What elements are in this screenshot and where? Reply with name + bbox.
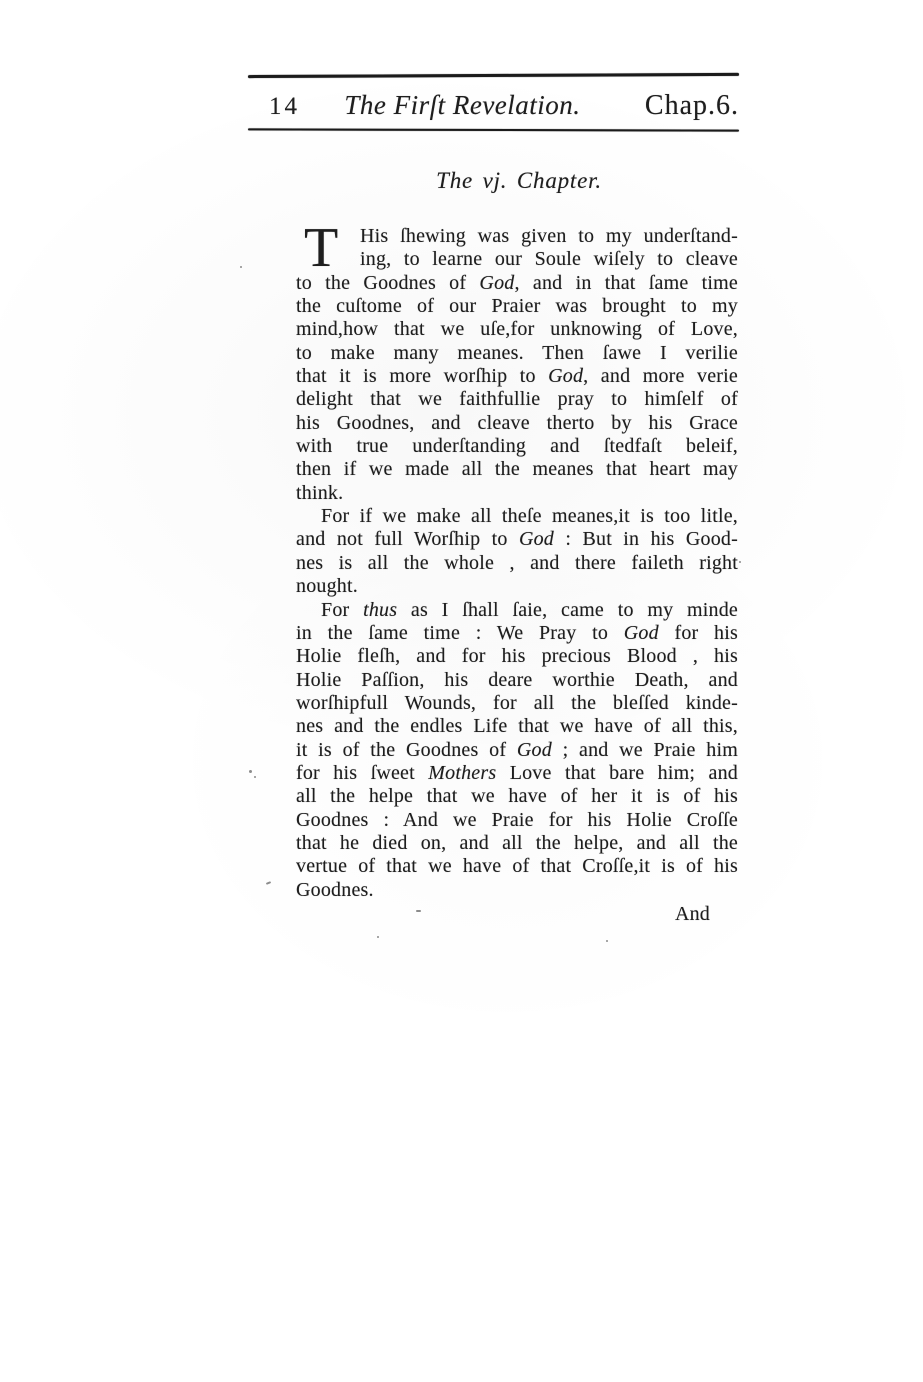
scanned-book-page: 14 The Firſt Revelation. Chap.6. The vj.… <box>0 0 923 1382</box>
text-line: that it is more worſhip to God, and more… <box>296 365 738 388</box>
catchword: And <box>296 902 738 926</box>
scan-speck <box>240 266 242 268</box>
text-line: nes is all the whole , and there faileth… <box>296 552 738 575</box>
scan-speck <box>416 910 421 912</box>
running-title: The Firſt Revelation. <box>290 90 635 121</box>
text-line: for his ſweet Mothers Love that bare him… <box>296 762 738 785</box>
scan-speck <box>377 936 379 938</box>
scan-speck <box>739 561 741 563</box>
text-line: His ſhewing was given to my underſtand- <box>360 225 738 248</box>
scan-speck <box>606 940 608 942</box>
text-line: For if we make all theſe meanes,it is to… <box>296 505 738 528</box>
chapter-heading: The vj. Chapter. <box>300 168 738 194</box>
chapter-number-label: Chap.6. <box>645 90 739 122</box>
text-line: it is of the Goodnes of God ; and we Pra… <box>296 739 738 762</box>
text-line: For thus as I ſhall ſaie, came to my min… <box>296 599 738 622</box>
text-line: Goodnes. <box>296 879 738 902</box>
text-line: ing, to learne our Soule wiſely to cleav… <box>360 248 738 271</box>
paragraph: For if we make all theſe meanes,it is to… <box>296 505 738 598</box>
header-rule-bottom <box>248 128 739 131</box>
paragraphs: His ſhewing was given to my underſtand-i… <box>296 225 738 902</box>
text-line: his Goodnes, and cleave therto by his Gr… <box>296 412 738 435</box>
scan-speck <box>249 770 252 773</box>
text-line: to make many meanes. Then ſawe I verilie <box>296 342 738 365</box>
text-line: Holie Paſſion, his deare worthie Death, … <box>296 669 738 692</box>
text-line: and not full Worſhip to God : But in his… <box>296 528 738 551</box>
running-header: 14 The Firſt Revelation. Chap.6. <box>248 84 739 126</box>
paragraph: For thus as I ſhall ſaie, came to my min… <box>296 599 738 902</box>
text-line: worſhipfull Wounds, for all the bleſſed … <box>296 692 738 715</box>
text-line: think. <box>296 482 738 505</box>
text-block: His ſhewing was given to my underſtand-i… <box>296 225 738 926</box>
header-rule-top <box>248 73 739 78</box>
scan-speck <box>254 776 256 778</box>
dropcap-initial: T <box>304 225 338 271</box>
text-line: nought. <box>296 575 738 598</box>
text-line: to the Goodnes of God, and in that ſame … <box>296 272 738 295</box>
text-line: delight that we faithfullie pray to himſ… <box>296 388 738 411</box>
text-line: then if we made all the meanes that hear… <box>296 458 738 481</box>
text-line: in the ſame time : We Pray to God for hi… <box>296 622 738 645</box>
text-line: all the helpe that we have of her it is … <box>296 785 738 808</box>
text-line: with true underſtanding and ſtedfaſt bel… <box>296 435 738 458</box>
text-line: vertue of that we have of that Croſſe,it… <box>296 855 738 878</box>
text-line: mind,how that we uſe,for unknowing of Lo… <box>296 318 738 341</box>
text-line: the cuſtome of our Praier was brought to… <box>296 295 738 318</box>
text-line: Holie fleſh, and for his precious Blood … <box>296 645 738 668</box>
text-line: nes and the endles Life that we have of … <box>296 715 738 738</box>
text-line: that he died on, and all the helpe, and … <box>296 832 738 855</box>
scan-speck <box>266 881 271 885</box>
text-line: Goodnes : And we Praie for his Holie Cro… <box>296 809 738 832</box>
paragraph: His ſhewing was given to my underſtand-i… <box>296 225 738 505</box>
